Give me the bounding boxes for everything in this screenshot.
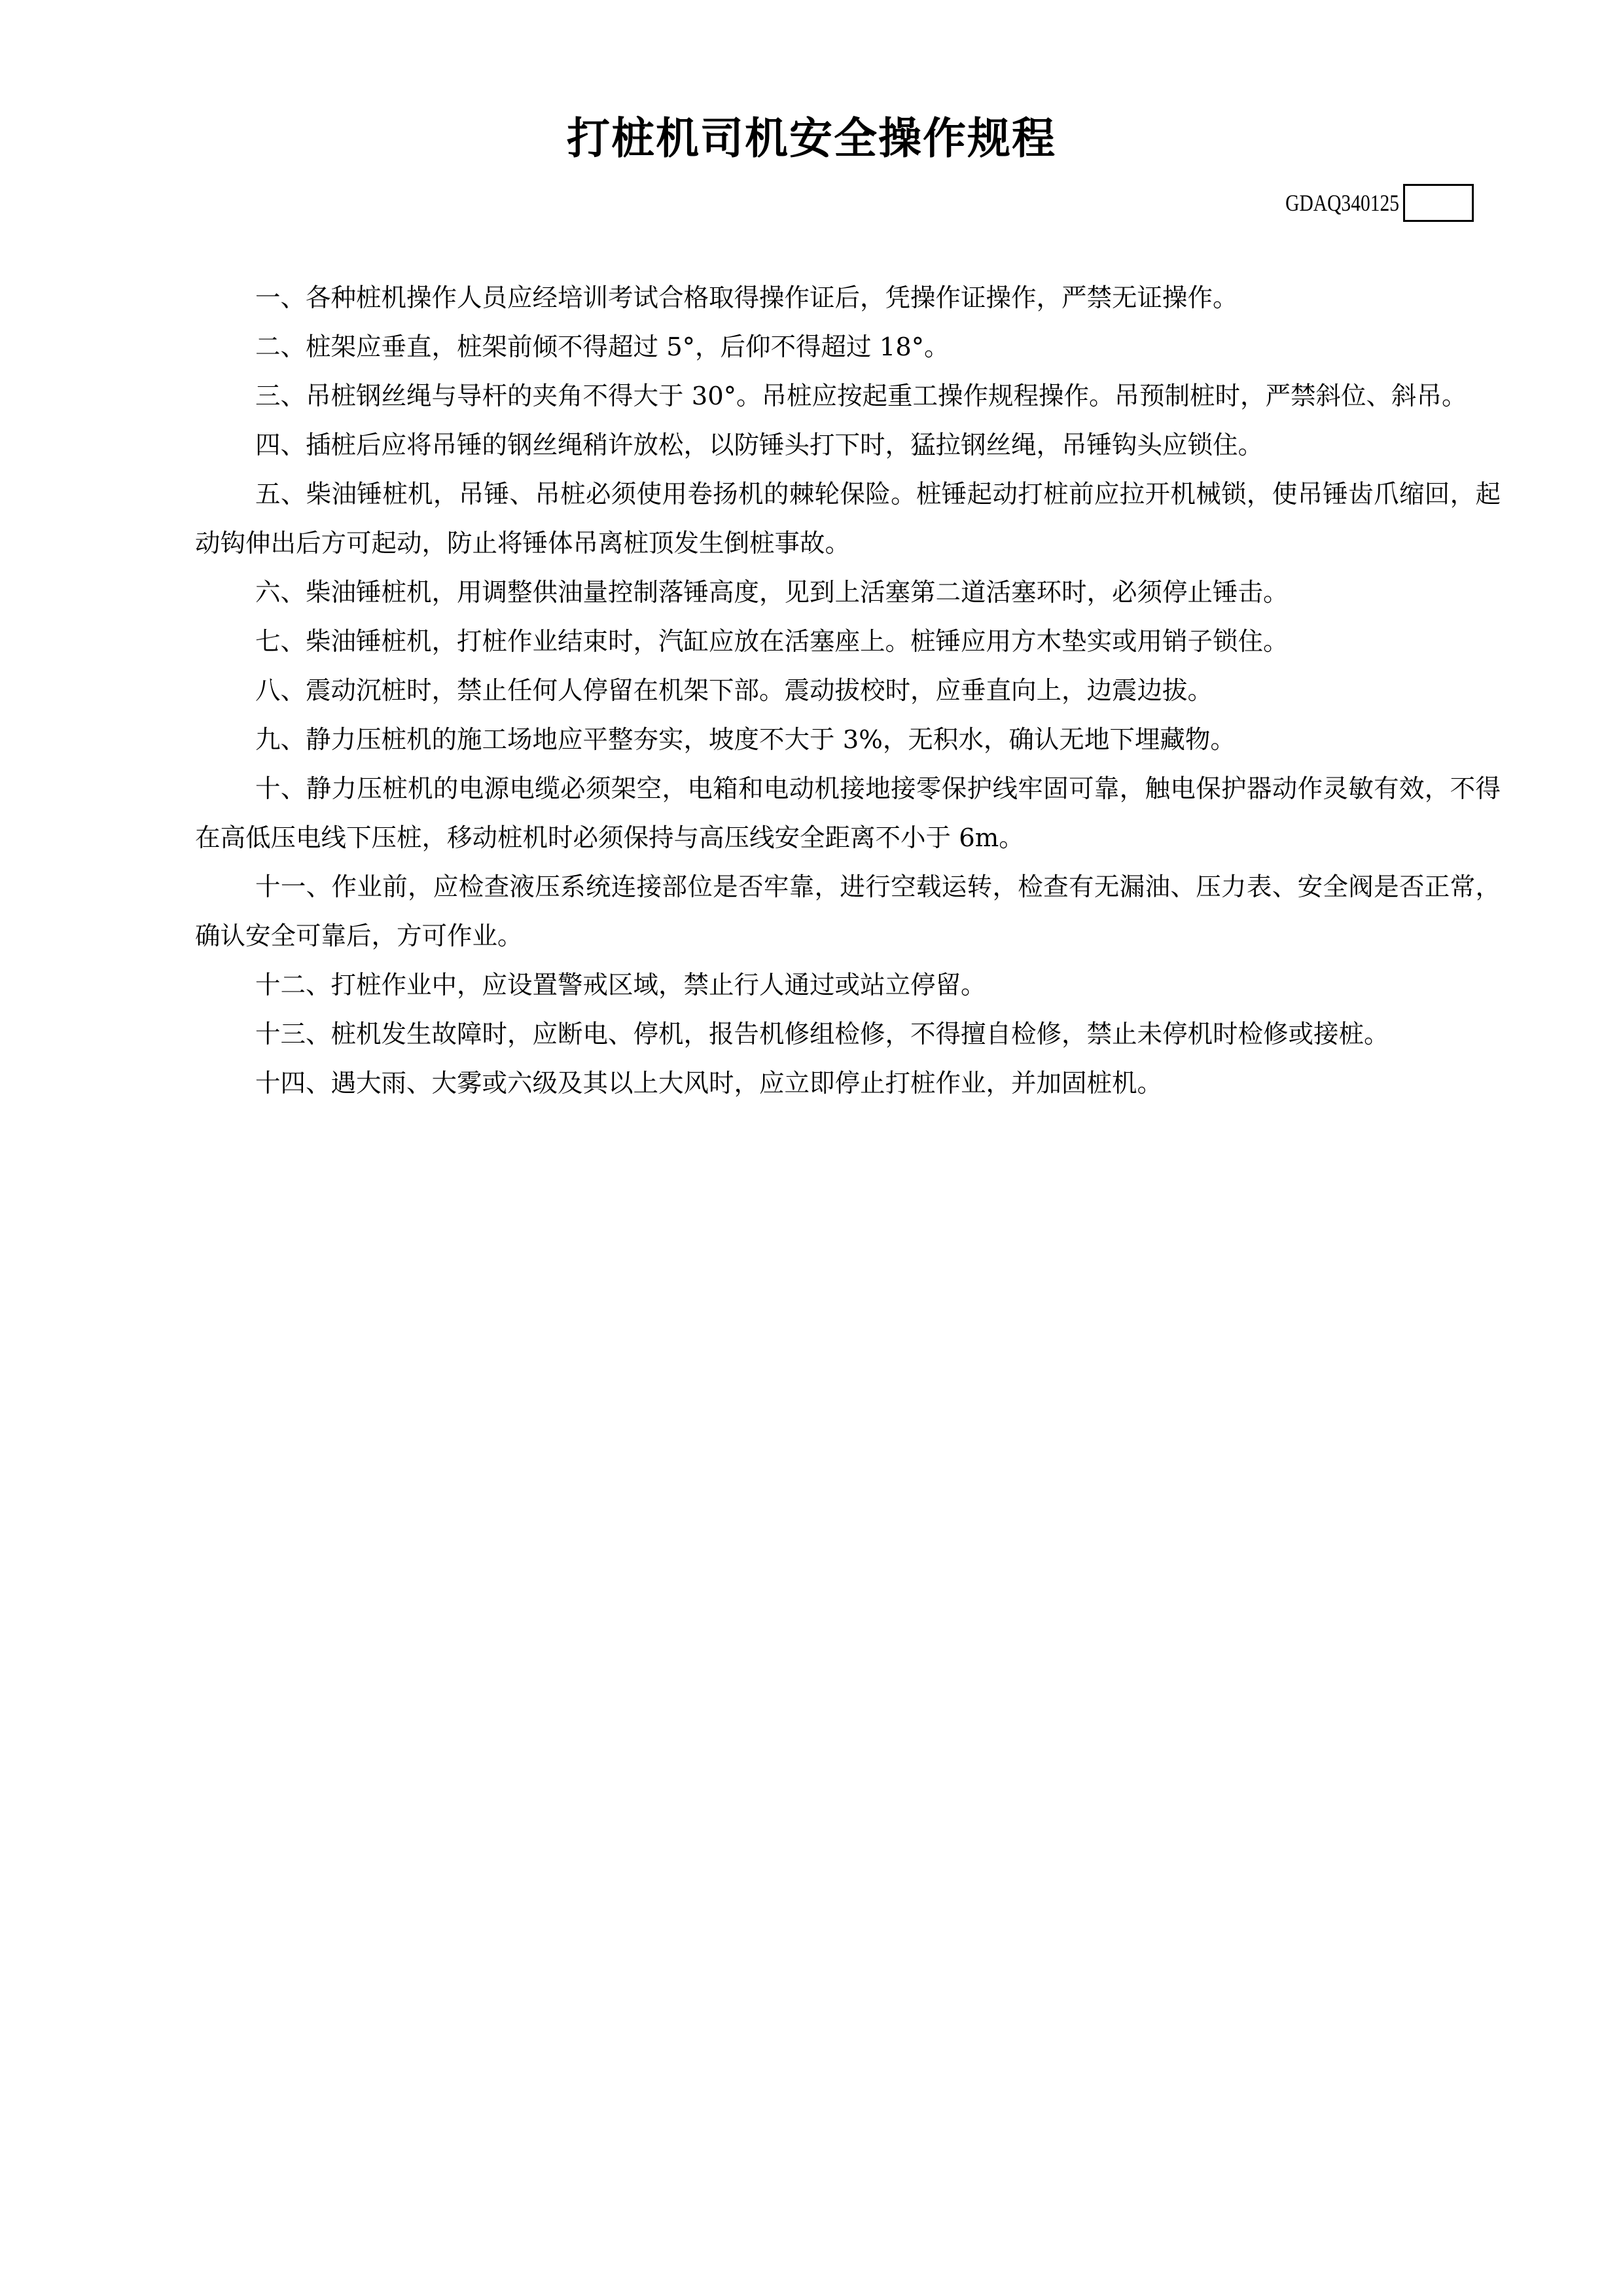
clause-item: 五、柴油锤桩机，吊锤、吊桩必须使用卷扬机的棘轮保险。桩锤起动打桩前应拉开机械锁，… xyxy=(195,470,1501,568)
clause-item: 十二、打桩作业中，应设置警戒区域，禁止行人通过或站立停留。 xyxy=(195,961,1501,1010)
clause-item: 十四、遇大雨、大雾或六级及其以上大风时，应立即停止打桩作业，并加固桩机。 xyxy=(195,1059,1501,1108)
clause-item: 九、静力压桩机的施工场地应平整夯实，坡度不大于 3%，无积水，确认无地下埋藏物。 xyxy=(195,715,1501,764)
clause-list: 一、各种桩机操作人员应经培训考试合格取得操作证后，凭操作证操作，严禁无证操作。 … xyxy=(195,274,1501,1108)
document-code-row: GDAQ340125 xyxy=(1260,182,1474,224)
clause-item: 十一、作业前，应检查液压系统连接部位是否牢靠，进行空载运转，检查有无漏油、压力表… xyxy=(195,863,1501,961)
clause-item: 四、插桩后应将吊锤的钢丝绳稍许放松，以防锤头打下时，猛拉钢丝绳，吊锤钩头应锁住。 xyxy=(195,421,1501,470)
document-code: GDAQ340125 xyxy=(1285,189,1399,217)
clause-item: 十三、桩机发生故障时，应断电、停机，报告机修组检修，不得擅自检修，禁止未停机时检… xyxy=(195,1010,1501,1059)
clause-item: 二、桩架应垂直，桩架前倾不得超过 5°，后仰不得超过 18°。 xyxy=(195,323,1501,372)
clause-item: 三、吊桩钢丝绳与导杆的夹角不得大于 30°。吊桩应按起重工操作规程操作。吊预制桩… xyxy=(195,372,1501,421)
document-page: 打桩机司机安全操作规程 GDAQ340125 一、各种桩机操作人员应经培训考试合… xyxy=(0,0,1623,2296)
clause-item: 一、各种桩机操作人员应经培训考试合格取得操作证后，凭操作证操作，严禁无证操作。 xyxy=(195,274,1501,323)
clause-item: 八、震动沉桩时，禁止任何人停留在机架下部。震动拔校时，应垂直向上，边震边拔。 xyxy=(195,666,1501,715)
document-title: 打桩机司机安全操作规程 xyxy=(0,113,1623,165)
clause-item: 六、柴油锤桩机，用调整供油量控制落锤高度，见到上活塞第二道活塞环时，必须停止锤击… xyxy=(195,568,1501,617)
clause-item: 十、静力压桩机的电源电缆必须架空，电箱和电动机接地接零保护线牢固可靠，触电保护器… xyxy=(195,764,1501,863)
document-code-box xyxy=(1403,184,1474,222)
clause-item: 七、柴油锤桩机，打桩作业结束时，汽缸应放在活塞座上。桩锤应用方木垫实或用销子锁住… xyxy=(195,617,1501,666)
